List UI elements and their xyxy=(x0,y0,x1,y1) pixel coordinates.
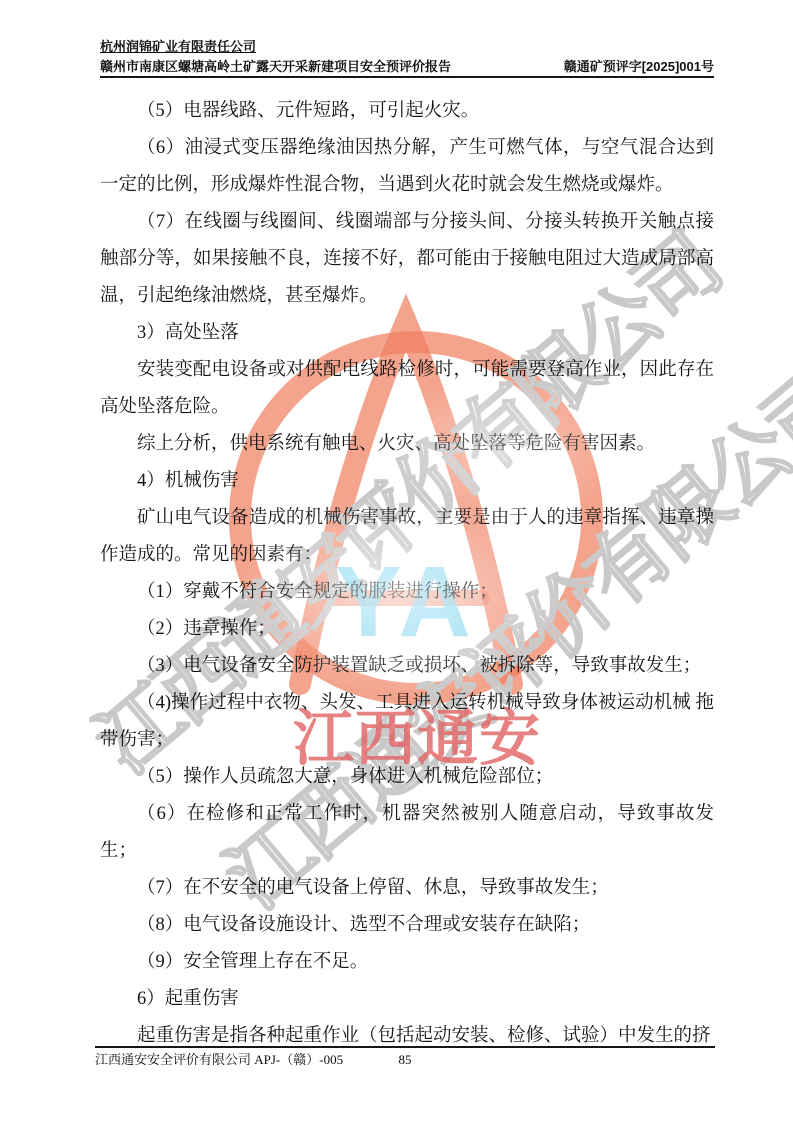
body-paragraph: （6）在检修和正常工作时，机器突然被别人随意启动，导致事故发生； xyxy=(100,796,714,870)
body-paragraph: （2）违章操作； xyxy=(100,611,714,648)
page-number: 85 xyxy=(399,1050,412,1070)
body-paragraph: （5）操作人员疏忽大意，身体进入机械危险部位； xyxy=(100,759,714,796)
footer-company-code: 江西通安安全评价有限公司 APJ-（赣）-005 xyxy=(95,1052,343,1067)
header-report-title: 赣州市南康区螺塘高岭土矿露天开采新建项目安全预评价报告 xyxy=(100,58,451,75)
page-footer: 江西通安安全评价有限公司 APJ-（赣）-005 85 xyxy=(95,1046,715,1070)
body-paragraph: （7）在不安全的电气设备上停留、休息，导致事故发生； xyxy=(100,870,714,907)
body-paragraph: （6）油浸式变压器绝缘油因热分解，产生可燃气体，与空气混合达到一定的比例，形成爆… xyxy=(100,130,714,204)
body-paragraph: 综上分析，供电系统有触电、火灾、高处坠落等危险有害因素。 xyxy=(100,426,714,463)
header-company: 杭州润锦矿业有限责任公司 xyxy=(100,38,714,55)
body-paragraph: （5）电器线路、元件短路，可引起火灾。 xyxy=(100,93,714,130)
header-doc-number: 赣通矿预评字[2025]001号 xyxy=(564,58,714,75)
document-page: 江西通安评价有限公司 江西通安评价有限公司 YA 江西通安 杭州润锦矿业有限责任… xyxy=(0,0,793,1122)
header-title-row: 赣州市南康区螺塘高岭土矿露天开采新建项目安全预评价报告 赣通矿预评字[2025]… xyxy=(100,58,714,78)
body-paragraph: （7）在线圈与线圈间、线圈端部与分接头间、分接头转换开关触点接触部分等，如果接触… xyxy=(100,204,714,315)
body-paragraph: （8）电气设备设施设计、选型不合理或安装存在缺陷； xyxy=(100,907,714,944)
page-header: 杭州润锦矿业有限责任公司 赣州市南康区螺塘高岭土矿露天开采新建项目安全预评价报告… xyxy=(100,38,714,78)
body-paragraph: 3）高处坠落 xyxy=(100,315,714,352)
body-paragraph: （1）穿戴不符合安全规定的服装进行操作； xyxy=(100,574,714,611)
body-paragraph: （9）安全管理上存在不足。 xyxy=(100,944,714,981)
body-paragraph: （4)操作过程中衣物、头发、工具进入运转机械导致身体被运动机械 拖带伤害； xyxy=(100,685,714,759)
body-paragraph: 安装变配电设备或对供配电线路检修时，可能需要登高作业，因此存在高处坠落危险。 xyxy=(100,352,714,426)
body-paragraph: 矿山电气设备造成的机械伤害事故，主要是由于人的违章指挥、违章操作造成的。常见的因… xyxy=(100,500,714,574)
body-paragraph: （3）电气设备安全防护装置缺乏或损坏、被拆除等，导致事故发生； xyxy=(100,648,714,685)
body-paragraph: 6）起重伤害 xyxy=(100,981,714,1018)
body-paragraph: 4）机械伤害 xyxy=(100,463,714,500)
document-body: （5）电器线路、元件短路，可引起火灾。（6）油浸式变压器绝缘油因热分解，产生可燃… xyxy=(100,93,714,1055)
